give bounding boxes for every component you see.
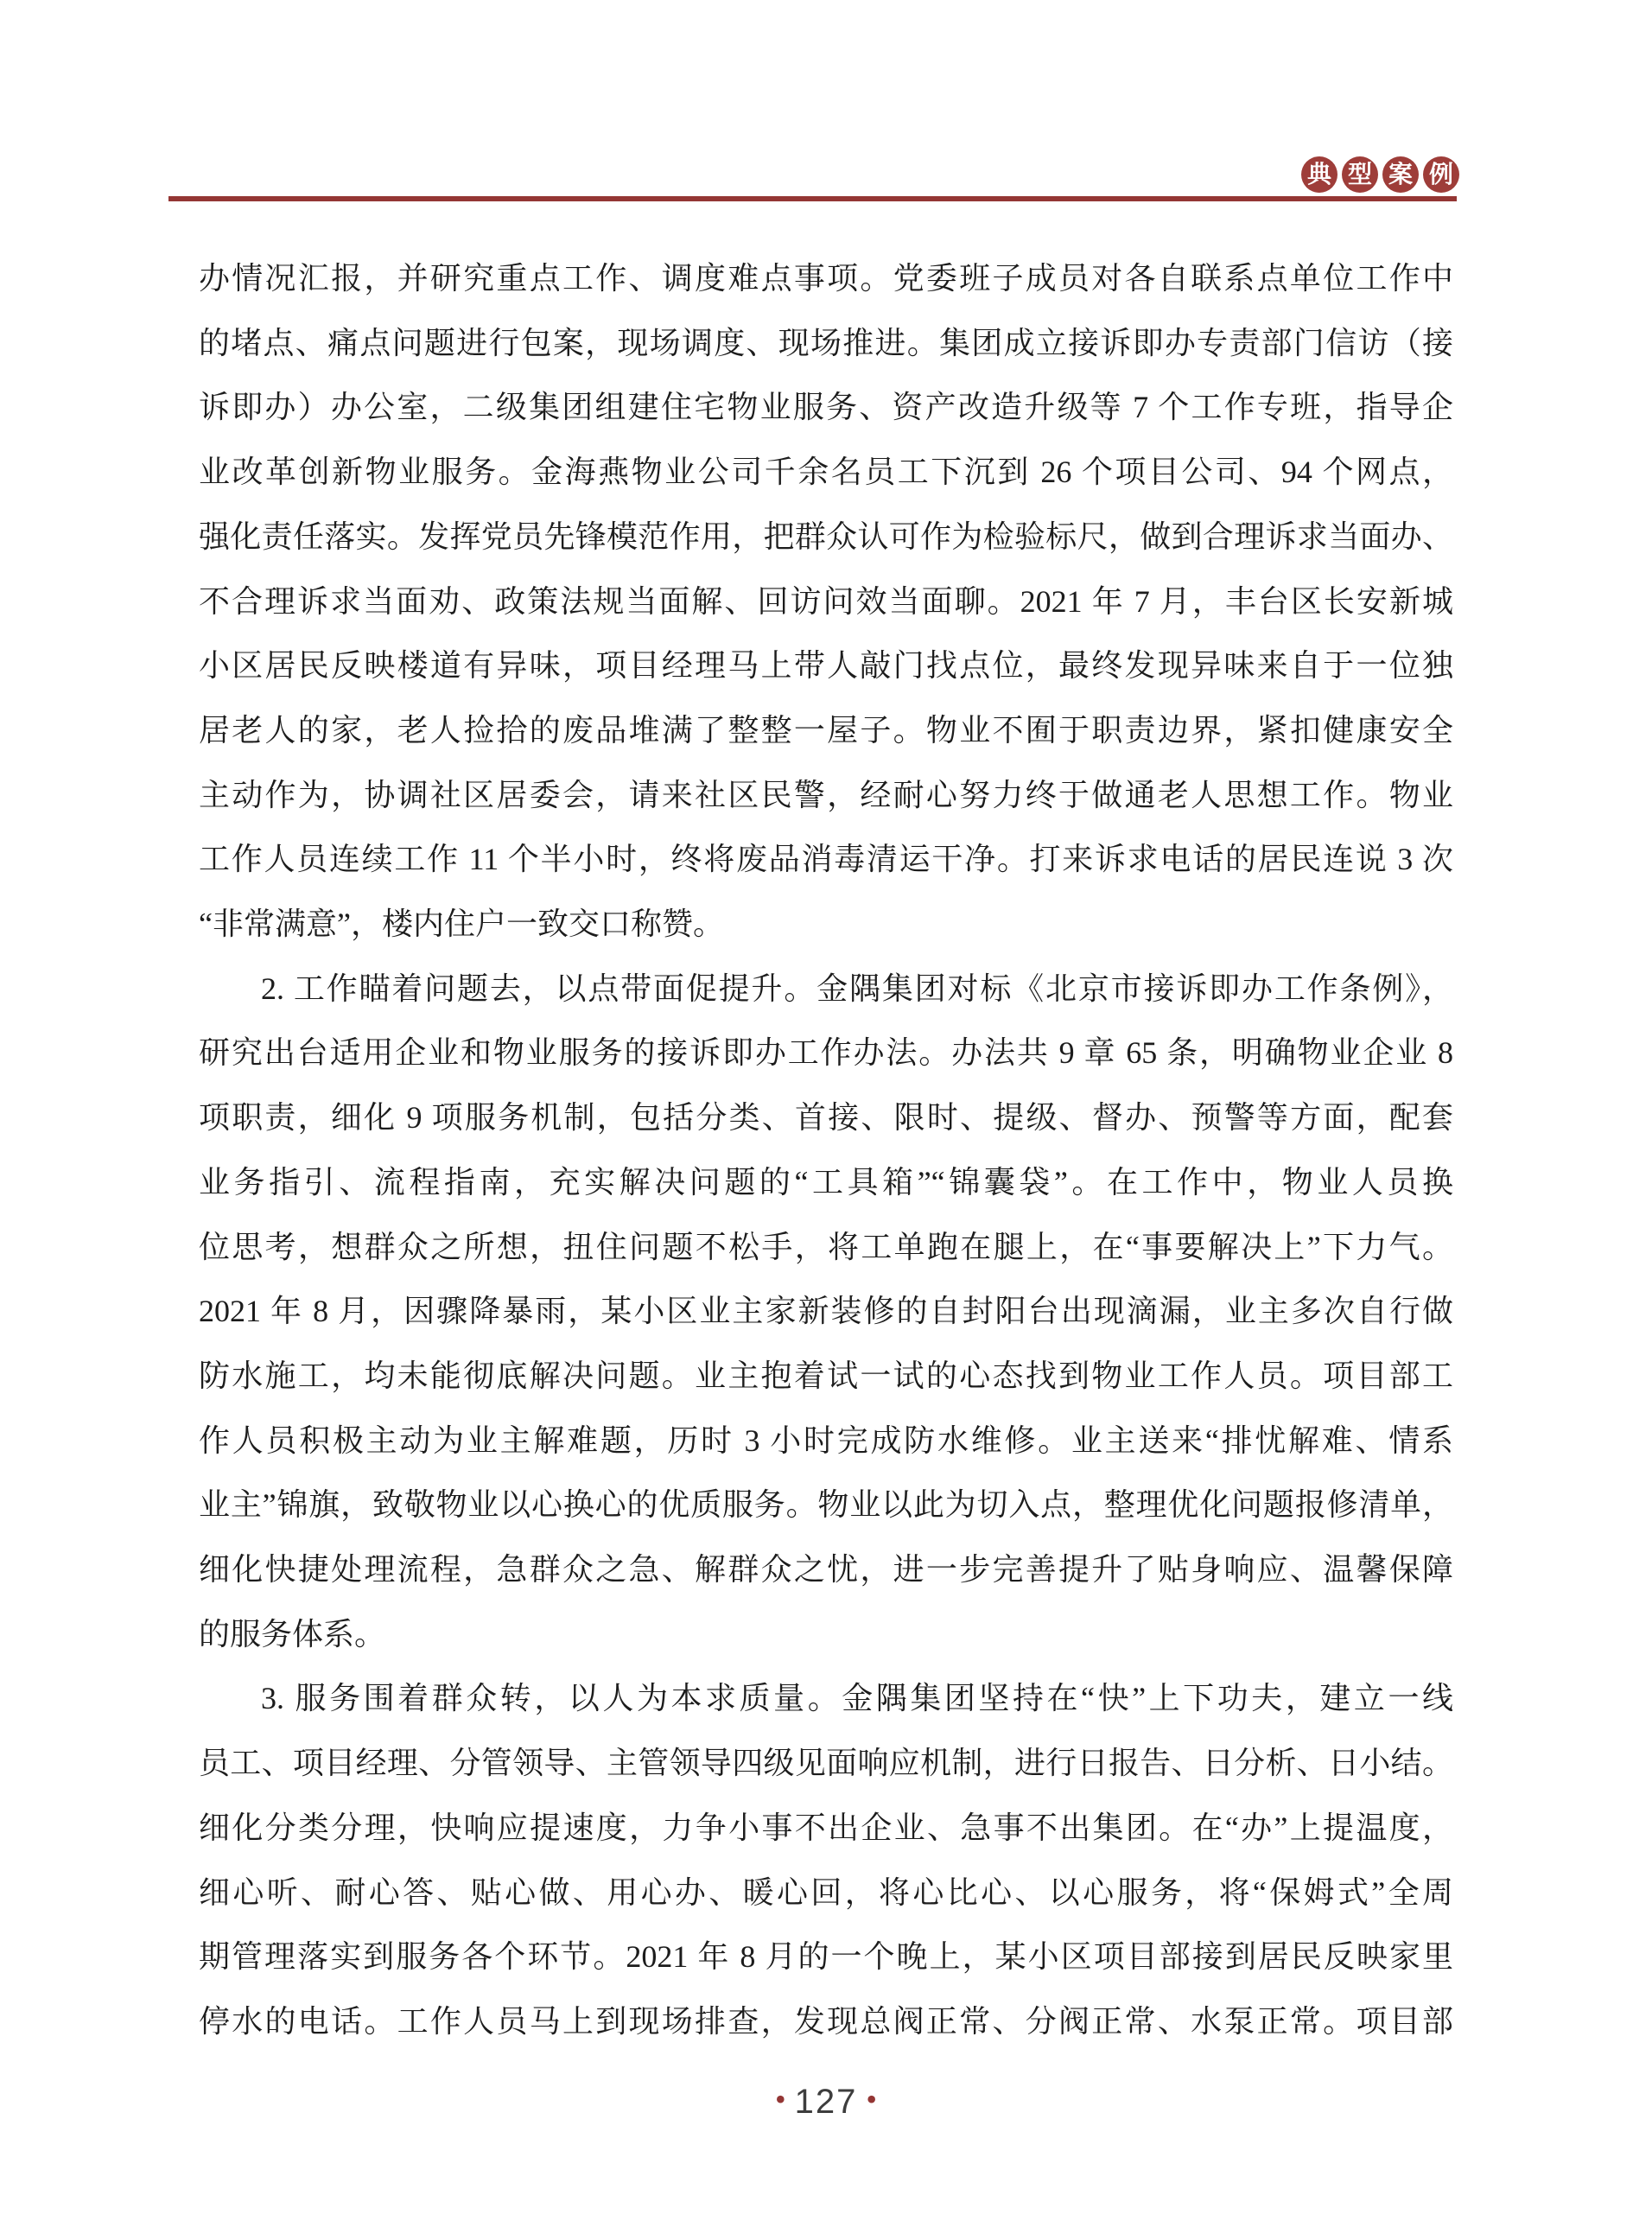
text-line: 研究出台适用企业和物业服务的接诉即办工作办法。办法共 9 章 65 条，明确物业… xyxy=(199,1021,1453,1085)
text-line: 业主”锦旗，致敬物业以心换心的优质服务。物业以此为切入点，整理优化问题报修清单， xyxy=(199,1473,1453,1537)
text-line: 诉即办）办公室，二级集团组建住宅物业服务、资产改造升级等 7 个工作专班，指导企 xyxy=(199,375,1453,440)
text-line: 小区居民反映楼道有异味，项目经理马上带人敲门找点位，最终发现异味来自于一位独 xyxy=(199,633,1453,698)
text-line: 作人员积极主动为业主解难题，历时 3 小时完成防水维修。业主送来“排忧解难、情系 xyxy=(199,1409,1453,1473)
text-line: 项职责，细化 9 项服务机制，包括分类、首接、限时、提级、督办、预警等方面，配套 xyxy=(199,1085,1453,1150)
text-line: 居老人的家，老人捡拾的废品堆满了整整一屋子。物业不囿于职责边界，紧扣健康安全 xyxy=(199,698,1453,763)
body-text: 办情况汇报，并研究重点工作、调度难点事项。党委班子成员对各自联系点单位工作中的堵… xyxy=(199,246,1453,2054)
footer-right-dot: • xyxy=(866,2084,877,2115)
text-line: 的服务体系。 xyxy=(199,1602,1453,1667)
text-line: “非常满意”，楼内住户一致交口称赞。 xyxy=(199,892,1453,957)
text-line: 2021 年 8 月，因骤降暴雨，某小区业主家新装修的自封阳台出现滴漏，业主多次… xyxy=(199,1279,1453,1344)
text-line: 细化分类分理，快响应提速度，力争小事不出企业、急事不出集团。在“办”上提温度， xyxy=(199,1796,1453,1861)
page-footer: • 127 • xyxy=(0,2084,1652,2119)
text-line: 业改革创新物业服务。金海燕物业公司千余名员工下沉到 26 个项目公司、94 个网… xyxy=(199,440,1453,505)
text-line: 办情况汇报，并研究重点工作、调度难点事项。党委班子成员对各自联系点单位工作中 xyxy=(199,246,1453,311)
text-line: 细心听、耐心答、贴心做、用心办、暖心回，将心比心、以心服务，将“保姆式”全周 xyxy=(199,1861,1453,1925)
text-line: 工作人员连续工作 11 个半小时，终将废品消毒清运干净。打来诉求电话的居民连说 … xyxy=(199,827,1453,892)
text-line: 2. 工作瞄着问题去，以点带面促提升。金隅集团对标《北京市接诉即办工作条例》， xyxy=(199,957,1453,1021)
text-line: 防水施工，均未能彻底解决问题。业主抱着试一试的心态找到物业工作人员。项目部工 xyxy=(199,1344,1453,1409)
header-badge: 型 xyxy=(1342,156,1378,193)
text-line: 的堵点、痛点问题进行包案，现场调度、现场推进。集团成立接诉即办专责部门信访（接 xyxy=(199,311,1453,376)
page-number: 127 xyxy=(795,2084,858,2119)
footer-left-dot: • xyxy=(775,2084,786,2115)
text-line: 细化快捷处理流程，急群众之急、解群众之忧，进一步完善提升了贴身响应、温馨保障 xyxy=(199,1537,1453,1602)
document-page: 典型案例 办情况汇报，并研究重点工作、调度难点事项。党委班子成员对各自联系点单位… xyxy=(0,0,1652,2240)
text-line: 停水的电话。工作人员马上到现场排查，发现总阀正常、分阀正常、水泵正常。项目部 xyxy=(199,1989,1453,2054)
header-badge: 例 xyxy=(1423,156,1459,193)
text-line: 不合理诉求当面劝、政策法规当面解、回访问效当面聊。2021 年 7 月，丰台区长… xyxy=(199,570,1453,634)
text-line: 强化责任落实。发挥党员先锋模范作用，把群众认可作为检验标尺，做到合理诉求当面办、 xyxy=(199,505,1453,570)
text-line: 主动作为，协调社区居委会，请来社区民警，经耐心努力终于做通老人思想工作。物业 xyxy=(199,763,1453,828)
header-rule xyxy=(168,196,1457,201)
text-line: 位思考，想群众之所想，扭住问题不松手，将工单跑在腿上，在“事要解决上”下力气。 xyxy=(199,1215,1453,1280)
text-line: 期管理落实到服务各个环节。2021 年 8 月的一个晚上，某小区项目部接到居民反… xyxy=(199,1925,1453,1989)
header-badge: 典 xyxy=(1301,156,1337,193)
text-line: 员工、项目经理、分管领导、主管领导四级见面响应机制，进行日报告、日分析、日小结。 xyxy=(199,1731,1453,1796)
header-badge-group: 典型案例 xyxy=(1301,156,1459,193)
header-badge: 案 xyxy=(1382,156,1419,193)
text-line: 3. 服务围着群众转，以人为本求质量。金隅集团坚持在“快”上下功夫，建立一线 xyxy=(199,1666,1453,1731)
text-line: 业务指引、流程指南，充实解决问题的“工具箱”“锦囊袋”。在工作中，物业人员换 xyxy=(199,1150,1453,1215)
